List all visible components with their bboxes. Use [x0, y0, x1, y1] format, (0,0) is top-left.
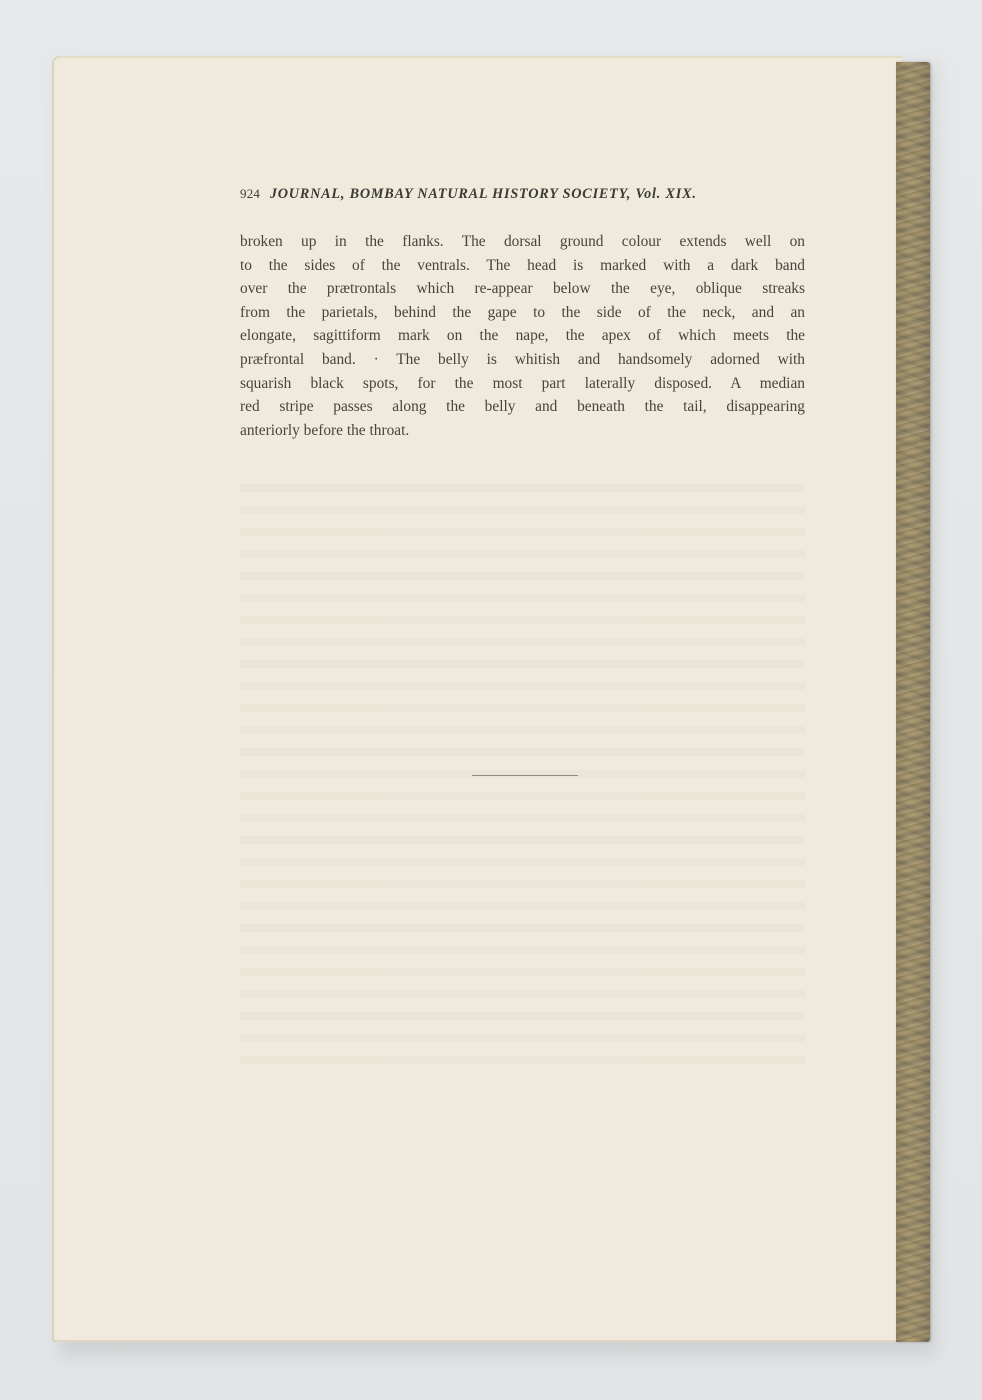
body-paragraph: broken up in the flanks. The dorsal grou… — [240, 230, 805, 442]
text-line: squarish black spots, for the most part … — [240, 372, 805, 396]
text-line: elongate, sagittiform mark on the nape, … — [240, 324, 805, 348]
text-line: anteriorly before the throat. — [240, 419, 805, 443]
section-divider-rule — [472, 775, 578, 776]
show-through-text — [240, 470, 805, 1070]
book-spine — [896, 62, 930, 1342]
text-line: from the parietals, behind the gape to t… — [240, 301, 805, 325]
running-head: 924 JOURNAL, BOMBAY NATURAL HISTORY SOCI… — [240, 186, 800, 203]
text-line: broken up in the flanks. The dorsal grou… — [240, 230, 805, 254]
text-line: to the sides of the ventrals. The head i… — [240, 254, 805, 278]
text-line: red stripe passes along the belly and be… — [240, 395, 805, 419]
journal-title: JOURNAL, BOMBAY NATURAL HISTORY SOCIETY,… — [270, 186, 697, 202]
page-number: 924 — [240, 186, 260, 201]
text-line: over the prætrontals which re-appear bel… — [240, 277, 805, 301]
text-line: præfrontal band. · The belly is whitish … — [240, 348, 805, 372]
